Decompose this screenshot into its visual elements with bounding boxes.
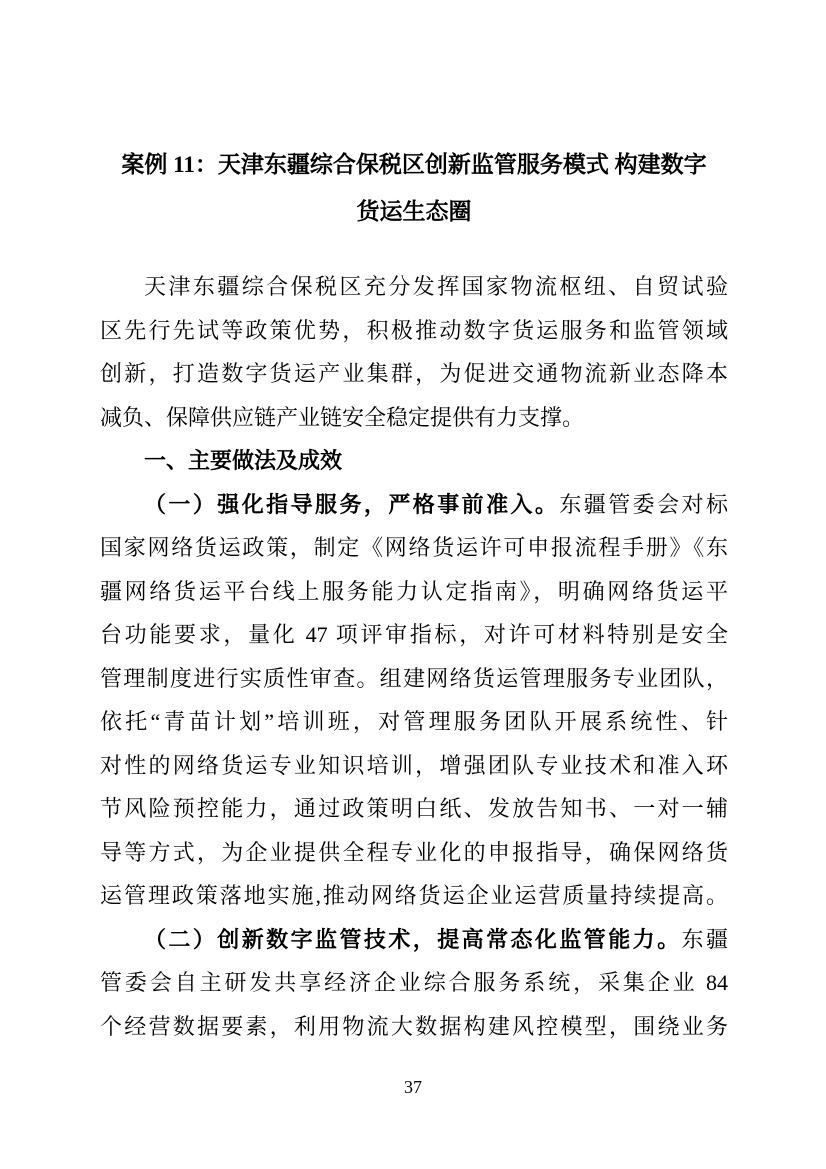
document-page: 案例 11：天津东疆综合保税区创新监管服务模式 构建数字 货运生态圈 天津东疆综… — [0, 0, 826, 1169]
body-line: 对性的网络货运专业知识培训，增强团队专业技术和准入环 — [100, 744, 728, 788]
body-line: 个经营数据要素，利用物流大数据构建风控模型，围绕业务 — [100, 1005, 728, 1049]
body-text: 东疆 — [682, 927, 728, 952]
body-line: 疆网络货运平台线上服务能力认定指南》，明确网络货运平 — [100, 570, 728, 614]
body-line: 天津东疆综合保税区充分发挥国家物流枢纽、自贸试验 — [100, 265, 728, 309]
body-line: 管理制度进行实质性审查。组建网络货运管理服务专业团队， — [100, 657, 728, 701]
body-line: 运管理政策落地实施,推动网络货运企业运营质量持续提高。 — [100, 874, 728, 918]
body-line: （一）强化指导服务，严格事前准入。东疆管委会对标 — [100, 483, 728, 527]
body-line: 国家网络货运政策，制定《网络货运许可申报流程手册》《东 — [100, 526, 728, 570]
body-line: 区先行先试等政策优势，积极推动数字货运服务和监管领域 — [100, 309, 728, 353]
body-text: 东疆管委会对标 — [559, 492, 728, 517]
body-line: 台功能要求，量化 47 项评审指标，对许可材料特别是安全 — [100, 613, 728, 657]
run-in-heading: （二）创新数字监管技术，提高常态化监管能力。 — [144, 927, 682, 952]
body-line: 管委会自主研发共享经济企业综合服务系统，采集企业 84 — [100, 961, 728, 1005]
document-title: 案例 11：天津东疆综合保税区创新监管服务模式 构建数字 货运生态圈 — [100, 141, 728, 235]
page-number: 37 — [0, 1074, 826, 1100]
body-line: 依托“青苗计划”培训班，对管理服务团队开展系统性、针 — [100, 700, 728, 744]
body-line: 节风险预控能力，通过政策明白纸、发放告知书、一对一辅 — [100, 787, 728, 831]
body-line: 创新，打造数字货运产业集群，为促进交通物流新业态降本 — [100, 352, 728, 396]
body-line: 减负、保障供应链产业链安全稳定提供有力支撑。 — [100, 396, 728, 440]
section-heading: 一、主要做法及成效 — [100, 439, 728, 483]
title-line-1: 案例 11：天津东疆综合保税区创新监管服务模式 构建数字 — [100, 141, 728, 188]
body-line: （二）创新数字监管技术，提高常态化监管能力。东疆 — [100, 918, 728, 962]
run-in-heading: （一）强化指导服务，严格事前准入。 — [144, 492, 559, 517]
document-body: 天津东疆综合保税区充分发挥国家物流枢纽、自贸试验 区先行先试等政策优势，积极推动… — [100, 265, 728, 1048]
title-line-2: 货运生态圈 — [100, 188, 728, 235]
body-line: 导等方式，为企业提供全程专业化的申报指导，确保网络货 — [100, 831, 728, 875]
